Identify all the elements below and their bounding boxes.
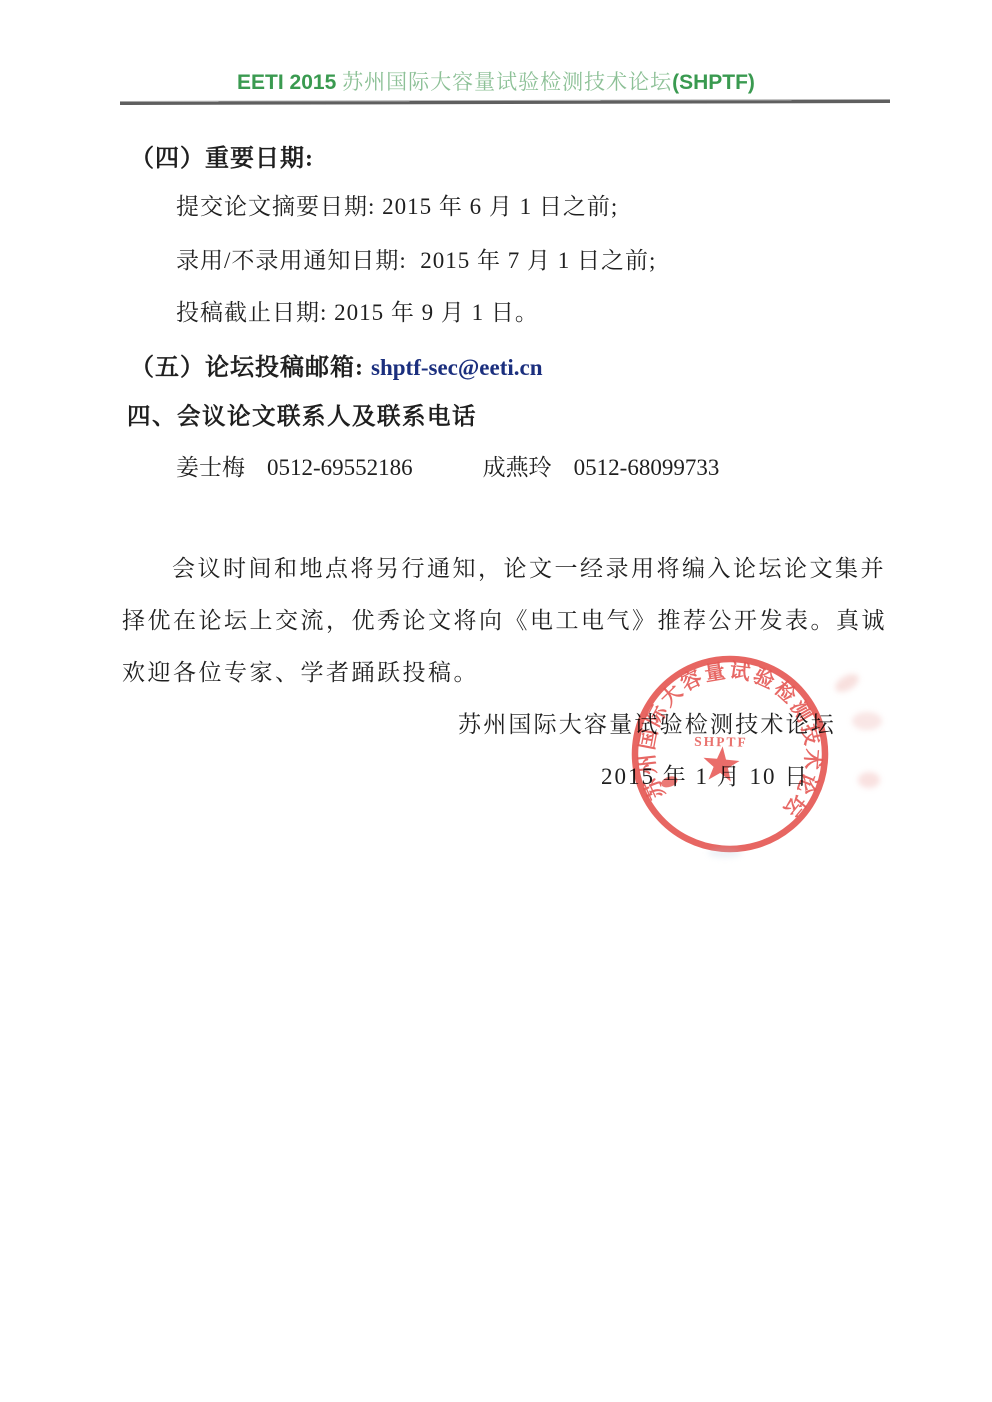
header-prefix: EETI 2015 — [237, 71, 342, 94]
paragraph-line: 择优在论坛上交流，优秀论文将向《电工电气》推荐公开发表。真诚 — [122, 595, 892, 647]
contact-name: 成燕玲 — [483, 455, 552, 480]
contact-phone: 0512-68099733 — [574, 455, 720, 480]
date-line-submission-deadline: 投稿截止日期: 2015 年 9 月 1 日。 — [176, 294, 539, 327]
date-line-abstract-deadline: 提交论文摘要日期: 2015 年 6 月 1 日之前; — [176, 188, 618, 221]
contact-phone: 0512-69552186 — [267, 455, 413, 480]
header-forum-title: 苏州国际大容量试验检测技术论坛 — [342, 70, 672, 94]
ink-smudge — [858, 772, 880, 788]
submission-email: shptf-sec@eeti.cn — [371, 355, 543, 380]
mailbox-heading-label: （五）论坛投稿邮箱: — [130, 355, 371, 381]
header-suffix: (SHPTF) — [672, 71, 755, 94]
star-icon — [702, 745, 741, 782]
contact-name: 姜士梅 — [176, 455, 245, 480]
header-divider — [120, 99, 890, 105]
document-page: EETI 2015 苏州国际大容量试验检测技术论坛(SHPTF) （四）重要日期… — [0, 0, 992, 1402]
mailbox-heading: （五）论坛投稿邮箱: shptf-sec@eeti.cn — [130, 347, 543, 382]
scan-artifact — [708, 848, 742, 858]
date-line-acceptance-notice: 录用/不录用通知日期: 2015 年 7 月 1 日之前; — [176, 242, 656, 275]
important-dates-heading: （四）重要日期: — [130, 138, 314, 173]
ink-smudge — [852, 712, 882, 730]
paragraph-line: 会议时间和地点将另行通知，论文一经录用将编入论坛论文集并 — [122, 543, 892, 595]
official-seal-stamp: 苏州国际大容量试验检测技术论坛 SHPTF — [615, 639, 845, 869]
contacts-heading: 四、会议论文联系人及联系电话 — [127, 397, 477, 431]
page-header: EETI 2015 苏州国际大容量试验检测技术论坛(SHPTF) — [0, 70, 992, 95]
contacts-line: 姜士梅0512-69552186成燕玲0512-68099733 — [176, 449, 719, 482]
seal-center-text: SHPTF — [694, 734, 748, 750]
